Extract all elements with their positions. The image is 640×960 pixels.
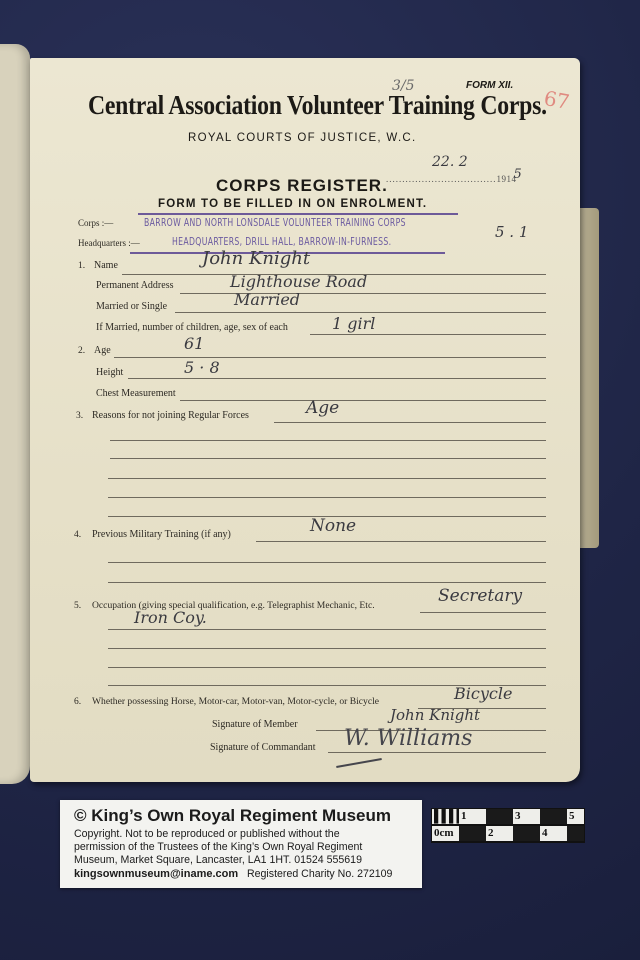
commandant-signature-label: Signature of Commandant [210,742,316,753]
register-form-page: 3/5 FORM XII. 67 Central Association Vol… [30,58,580,782]
scale-block [459,826,486,841]
date-line: ..................................19145 [386,171,525,186]
corps-label: Corps :— [78,218,113,228]
blank-line [110,440,546,441]
field-number: 4. [74,530,81,540]
copyright-line-1: Copyright. Not to be reproduced or publi… [74,828,392,841]
blank-line [108,648,546,649]
blank-line [108,562,546,563]
training-value: None [310,516,356,536]
scale-block [567,826,584,841]
age-label: Age [94,345,111,356]
headquarters-label: Headquarters :— [78,238,140,248]
copyright-line-3: Museum, Market Square, Lancaster, LA1 1H… [74,854,392,867]
children-value: 1 girl [332,314,375,333]
blank-line [108,497,546,498]
member-signature-label: Signature of Member [212,719,298,730]
children-line [310,334,546,335]
field-number: 5. [74,601,81,611]
blank-line [108,582,546,583]
height-label: Height [96,367,123,378]
reference-number: 5 . 1 [495,223,528,241]
vehicle-label: Whether possessing Horse, Motor-car, Mot… [92,696,379,707]
scale-bar: ▌▌▌▌ 1 3 5 0cm 2 4 [431,808,585,843]
museum-email: kingsownmuseum@iname.com [74,868,238,880]
occupation-value: Secretary [438,586,522,606]
register-title: CORPS REGISTER. [216,176,388,196]
chest-label: Chest Measurement [96,388,176,399]
document-subtitle: ROYAL COURTS OF JUSTICE, W.C. [188,132,417,144]
scale-mm-ticks: ▌▌▌▌ [432,809,459,824]
scale-unit-label: 0cm [432,826,459,841]
blank-line [108,667,546,668]
stamp-rule-top [138,213,458,215]
scale-tick-3: 3 [513,809,540,824]
signature-underline [336,758,382,768]
scale-block [540,809,567,824]
commandant-signature-line [328,752,546,753]
copyright-line-2: permission of the Trustees of the King’s… [74,841,392,854]
document-title: Central Association Volunteer Training C… [88,90,547,121]
scale-tick-5: 5 [567,809,584,824]
marital-value: Married [234,290,300,309]
corps-stamp: BARROW AND NORTH LONSDALE VOLUNTEER TRAI… [144,217,406,229]
commandant-signature: W. Williams [344,726,472,751]
height-value: 5 · 8 [184,358,220,377]
scale-block [486,809,513,824]
register-subtitle: FORM TO BE FILLED IN ON ENROLMENT. [158,198,427,210]
blank-line [108,478,546,479]
address-label: Permanent Address [96,280,174,291]
field-number: 3. [76,411,83,421]
museum-copyright-text: Copyright. Not to be reproduced or publi… [74,828,392,881]
scale-tick-2: 2 [486,826,513,841]
address-value: Lighthouse Road [230,272,367,291]
museum-copyright-label: © King’s Own Royal Regiment Museum Copyr… [60,800,422,888]
member-signature: John Knight [390,706,480,724]
training-label: Previous Military Training (if any) [92,529,231,540]
name-value: John Knight [202,248,310,269]
museum-heading: © King’s Own Royal Regiment Museum [74,806,391,826]
date-dots: .................................. [386,174,497,184]
field-number: 1. [78,261,85,271]
blank-line [108,629,546,630]
scale-tick-4: 4 [540,826,567,841]
marital-label: Married or Single [96,301,167,312]
height-line [128,378,546,379]
marital-line [175,312,546,313]
scale-tick-1: 1 [459,809,486,824]
blank-line [110,458,546,459]
name-label: Name [94,260,118,271]
age-value: 61 [184,334,204,353]
charity-number: Registered Charity No. 272109 [247,868,392,880]
reasons-value: Age [306,398,339,418]
occupation-line [420,612,546,613]
copyright-line-4: kingsownmuseum@iname.com Registered Char… [74,868,392,881]
field-number: 2. [78,346,85,356]
occupation-value-line2: Iron Coy. [134,608,207,627]
headquarters-stamp: HEADQUARTERS, DRILL HALL, BARROW-IN-FURN… [172,236,391,248]
date-year-correction: 5 [514,167,523,182]
age-line [114,357,546,358]
reasons-label: Reasons for not joining Regular Forces [92,410,249,421]
facing-page-edge [0,44,30,784]
field-number: 6. [74,697,81,707]
date-handwritten: 22. 2 [432,154,468,170]
children-label: If Married, number of children, age, sex… [96,322,288,333]
chest-line [180,400,546,401]
scale-block [513,826,540,841]
reasons-line [274,422,546,423]
training-line [256,541,546,542]
vehicle-value: Bicycle [454,684,512,703]
